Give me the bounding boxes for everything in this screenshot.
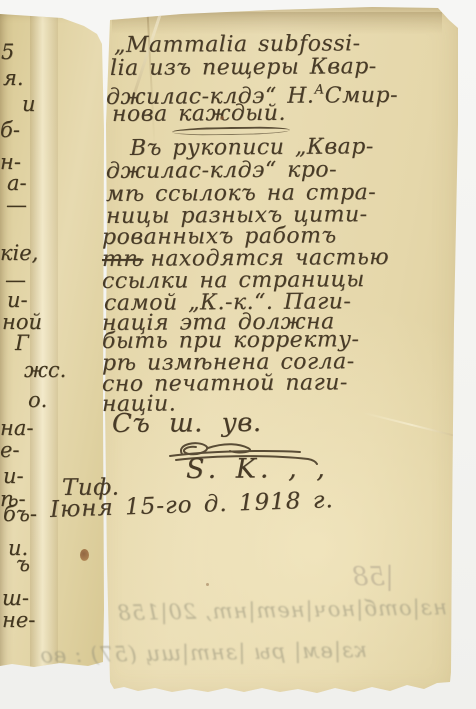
- handwriting-layer: 5я.иб-н-а-—кіе,—и-нойГжс.о.на-е-и-ѣ-бъ-и…: [0, 0, 476, 709]
- line-text: Смир-: [325, 83, 398, 109]
- ink-stain: [80, 549, 89, 561]
- left-page-text-fragment: бъ-: [3, 502, 37, 526]
- handwritten-line: нова каждый.: [112, 102, 286, 127]
- bleed-through-text: нз|отб|ноч|нет|нт, 20|158: [142, 595, 447, 624]
- handwritten-line: lia изъ пещеры Квар-: [110, 55, 377, 81]
- scanned-letter: 5я.иб-н-а-—кіе,—и-нойГжс.о.на-е-и-ѣ-бъ-и…: [0, 0, 476, 709]
- signature: S. K. , ,: [186, 457, 329, 482]
- left-page-text-fragment: о.: [28, 388, 47, 412]
- paper-speck: [220, 116, 224, 120]
- closing-salutation: Съ ш. ув.: [112, 411, 262, 436]
- left-page-text-fragment: е-: [0, 438, 20, 462]
- bleed-through-mark: |58: [352, 562, 394, 592]
- paper-speck: [206, 583, 209, 586]
- left-page-text-fragment: ш-: [2, 586, 29, 610]
- left-page-text-fragment: а-: [7, 171, 27, 195]
- left-page-text-fragment: —: [6, 193, 27, 217]
- superscript-initial: А: [314, 82, 324, 97]
- left-page-text-fragment: кіе,: [0, 241, 38, 265]
- left-page-text-fragment: и-: [7, 288, 28, 312]
- left-page-text-fragment: не-: [2, 608, 35, 632]
- left-page-text-fragment: и-: [3, 464, 24, 488]
- left-page-text-fragment: и: [22, 92, 36, 116]
- left-page-text-fragment: я.: [3, 66, 24, 90]
- left-page-text-fragment: Г: [15, 331, 29, 355]
- left-page-text-fragment: на-: [0, 416, 33, 440]
- left-page-text-fragment: ъ: [16, 552, 30, 576]
- left-page-text-fragment: 5: [1, 40, 14, 64]
- bleed-through-text: кз|вм| ры |знт|шц (57) : во: [132, 638, 367, 666]
- left-page-text-fragment: б-: [0, 118, 20, 142]
- left-page-text-fragment: жс.: [24, 358, 66, 382]
